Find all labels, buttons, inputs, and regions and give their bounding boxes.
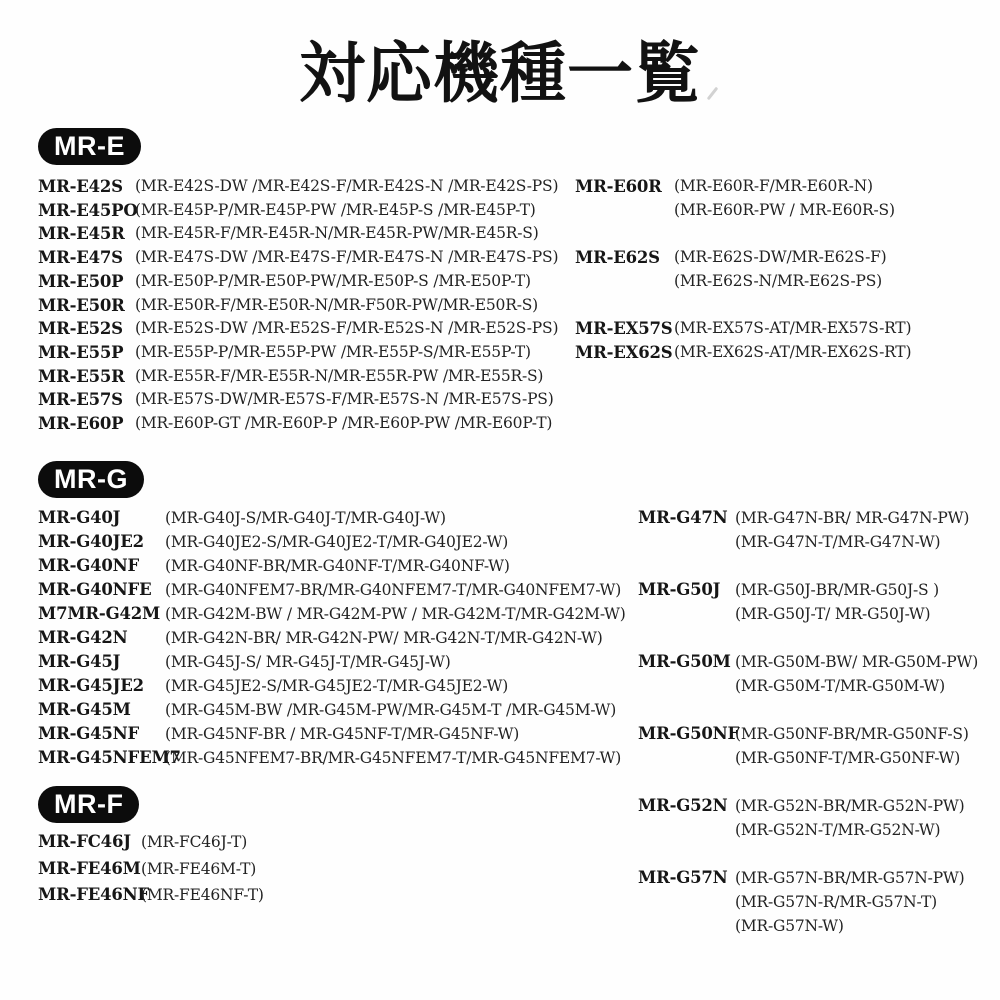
- variant-line: (MR-E45R-F/MR-E45R-N/MR-E45R-PW/MR-E45R-…: [135, 222, 539, 246]
- model-variants: (MR-FE46M-T): [141, 856, 256, 883]
- variant-line: (MR-G52N-T/MR-G52N-W): [735, 818, 965, 842]
- model-entry: MR-E50R(MR-E50R-F/MR-E50R-N/MR-F50R-PW/M…: [38, 294, 558, 318]
- variant-line: (MR-E55R-F/MR-E55R-N/MR-E55R-PW /MR-E55R…: [135, 365, 543, 389]
- variant-line: (MR-FE46NF-T): [141, 882, 264, 909]
- variant-line: (MR-E42S-DW /MR-E42S-F/MR-E42S-N /MR-E42…: [135, 175, 558, 199]
- model-variants: (MR-E50R-F/MR-E50R-N/MR-F50R-PW/MR-E50R-…: [135, 294, 538, 318]
- model-entry: MR-E55P(MR-E55P-P/MR-E55P-PW /MR-E55P-S/…: [38, 341, 558, 365]
- model-entry: MR-E62S(MR-E62S-DW/MR-E62S-F)(MR-E62S-N/…: [575, 246, 911, 293]
- model-name: MR-G40JE2: [38, 530, 165, 554]
- section-badge-mr-e: MR-E: [38, 128, 141, 165]
- model-variants: (MR-E55R-F/MR-E55R-N/MR-E55R-PW /MR-E55R…: [135, 365, 543, 389]
- variant-line: (MR-G40JE2-S/MR-G40JE2-T/MR-G40JE2-W): [165, 530, 508, 554]
- model-variants: (MR-E55P-P/MR-E55P-PW /MR-E55P-S/MR-E55P…: [135, 341, 531, 365]
- variant-line: (MR-G57N-R/MR-G57N-T): [735, 890, 965, 914]
- variant-line: (MR-E50R-F/MR-E50R-N/MR-F50R-PW/MR-E50R-…: [135, 294, 538, 318]
- variant-line: (MR-E60R-PW / MR-E60R-S): [674, 199, 895, 223]
- variant-line: (MR-E62S-N/MR-E62S-PS): [674, 270, 887, 294]
- model-entry: MR-FE46NF(MR-FE46NF-T): [38, 882, 264, 909]
- variant-line: (MR-G42M-BW / MR-G42M-PW / MR-G42M-T/MR-…: [165, 602, 626, 626]
- model-entry: MR-G47N(MR-G47N-BR/ MR-G47N-PW)(MR-G47N-…: [638, 506, 978, 554]
- model-variants: (MR-G52N-BR/MR-G52N-PW)(MR-G52N-T/MR-G52…: [735, 794, 965, 842]
- variant-line: (MR-G47N-BR/ MR-G47N-PW): [735, 506, 969, 530]
- variant-line: (MR-E52S-DW /MR-E52S-F/MR-E52S-N /MR-E52…: [135, 317, 558, 341]
- model-entry: MR-E45PO(MR-E45P-P/MR-E45P-PW /MR-E45P-S…: [38, 199, 558, 223]
- model-entry: MR-E57S(MR-E57S-DW/MR-E57S-F/MR-E57S-N /…: [38, 388, 558, 412]
- model-name: MR-FE46NF: [38, 882, 141, 909]
- model-name: MR-E42S: [38, 175, 135, 199]
- model-variants: (MR-E42S-DW /MR-E42S-F/MR-E42S-N /MR-E42…: [135, 175, 558, 199]
- model-entry: MR-FC46J(MR-FC46J-T): [38, 829, 264, 856]
- model-entry: MR-E55R(MR-E55R-F/MR-E55R-N/MR-E55R-PW /…: [38, 365, 558, 389]
- model-variants: (MR-G45NFEM7-BR/MR-G45NFEM7-T/MR-G45NFEM…: [165, 746, 621, 770]
- model-name: MR-E60P: [38, 412, 135, 436]
- model-name: MR-E55R: [38, 365, 135, 389]
- model-name: MR-G45NF: [38, 722, 165, 746]
- model-variants: (MR-G45M-BW /MR-G45M-PW/MR-G45M-T /MR-G4…: [165, 698, 616, 722]
- model-entry: MR-G52N(MR-G52N-BR/MR-G52N-PW)(MR-G52N-T…: [638, 794, 978, 842]
- variant-line: (MR-G57N-W): [735, 914, 965, 938]
- variant-line: (MR-G45JE2-S/MR-G45JE2-T/MR-G45JE2-W): [165, 674, 508, 698]
- model-variants: (MR-E60P-GT /MR-E60P-P /MR-E60P-PW /MR-E…: [135, 412, 552, 436]
- model-name: MR-E57S: [38, 388, 135, 412]
- model-variants: (MR-G42N-BR/ MR-G42N-PW/ MR-G42N-T/MR-G4…: [165, 626, 603, 650]
- model-entry: MR-EX57S(MR-EX57S-AT/MR-EX57S-RT): [575, 317, 911, 341]
- variant-line: (MR-E57S-DW/MR-E57S-F/MR-E57S-N /MR-E57S…: [135, 388, 554, 412]
- model-entry: MR-G40NF(MR-G40NF-BR/MR-G40NF-T/MR-G40NF…: [38, 554, 626, 578]
- variant-line: (MR-G57N-BR/MR-G57N-PW): [735, 866, 965, 890]
- mr-e-right-column: MR-E60R(MR-E60R-F/MR-E60R-N)(MR-E60R-PW …: [575, 175, 911, 365]
- variant-line: (MR-FE46M-T): [141, 856, 256, 883]
- model-name: MR-G50J: [638, 578, 735, 602]
- model-variants: (MR-G45J-S/ MR-G45J-T/MR-G45J-W): [165, 650, 451, 674]
- model-entry: MR-E60R(MR-E60R-F/MR-E60R-N)(MR-E60R-PW …: [575, 175, 911, 222]
- model-entry: MR-G50M(MR-G50M-BW/ MR-G50M-PW)(MR-G50M-…: [638, 650, 978, 698]
- model-variants: (MR-G45JE2-S/MR-G45JE2-T/MR-G45JE2-W): [165, 674, 508, 698]
- mr-g-right-column: MR-G47N(MR-G47N-BR/ MR-G47N-PW)(MR-G47N-…: [638, 506, 978, 962]
- model-name: MR-G45M: [38, 698, 165, 722]
- model-entry: M7MR-G42M(MR-G42M-BW / MR-G42M-PW / MR-G…: [38, 602, 626, 626]
- model-variants: (MR-E60R-F/MR-E60R-N)(MR-E60R-PW / MR-E6…: [674, 175, 895, 222]
- model-entry: MR-E42S(MR-E42S-DW /MR-E42S-F/MR-E42S-N …: [38, 175, 558, 199]
- variant-line: (MR-G45NF-BR / MR-G45NF-T/MR-G45NF-W): [165, 722, 519, 746]
- model-name: MR-G45J: [38, 650, 165, 674]
- variant-line: (MR-G40NF-BR/MR-G40NF-T/MR-G40NF-W): [165, 554, 510, 578]
- model-name: MR-G40NFE: [38, 578, 165, 602]
- variant-line: (MR-EX57S-AT/MR-EX57S-RT): [674, 317, 911, 341]
- model-entry: MR-G40NFE(MR-G40NFEM7-BR/MR-G40NFEM7-T/M…: [38, 578, 626, 602]
- compatibility-list-page: 対応機種一覧 MR-E MR-E42S(MR-E42S-DW /MR-E42S-…: [0, 0, 1000, 1000]
- variant-line: (MR-G47N-T/MR-G47N-W): [735, 530, 969, 554]
- model-name: M7MR-G42M: [38, 602, 165, 626]
- model-variants: (MR-E50P-P/MR-E50P-PW/MR-E50P-S /MR-E50P…: [135, 270, 531, 294]
- variant-line: (MR-G50NF-T/MR-G50NF-W): [735, 746, 969, 770]
- model-variants: (MR-E57S-DW/MR-E57S-F/MR-E57S-N /MR-E57S…: [135, 388, 554, 412]
- variant-line: (MR-G50J-T/ MR-G50J-W): [735, 602, 939, 626]
- model-name: MR-G47N: [638, 506, 735, 530]
- model-name: MR-G40J: [38, 506, 165, 530]
- variant-line: (MR-G50M-BW/ MR-G50M-PW): [735, 650, 978, 674]
- variant-line: (MR-G50M-T/MR-G50M-W): [735, 674, 978, 698]
- model-variants: (MR-G45NF-BR / MR-G45NF-T/MR-G45NF-W): [165, 722, 519, 746]
- model-entry: MR-G45NFEM7(MR-G45NFEM7-BR/MR-G45NFEM7-T…: [38, 746, 626, 770]
- variant-line: (MR-E55P-P/MR-E55P-PW /MR-E55P-S/MR-E55P…: [135, 341, 531, 365]
- model-variants: (MR-G40NFEM7-BR/MR-G40NFEM7-T/MR-G40NFEM…: [165, 578, 621, 602]
- variant-line: (MR-E60P-GT /MR-E60P-P /MR-E60P-PW /MR-E…: [135, 412, 552, 436]
- model-name: MR-G52N: [638, 794, 735, 818]
- model-variants: (MR-G40NF-BR/MR-G40NF-T/MR-G40NF-W): [165, 554, 510, 578]
- model-variants: (MR-E45R-F/MR-E45R-N/MR-E45R-PW/MR-E45R-…: [135, 222, 539, 246]
- model-name: MR-G40NF: [38, 554, 165, 578]
- model-name: MR-G42N: [38, 626, 165, 650]
- model-name: MR-FC46J: [38, 829, 141, 856]
- variant-line: (MR-G45J-S/ MR-G45J-T/MR-G45J-W): [165, 650, 451, 674]
- model-name: MR-E60R: [575, 175, 674, 199]
- model-name: MR-E50R: [38, 294, 135, 318]
- model-name: MR-E45R: [38, 222, 135, 246]
- model-name: MR-E50P: [38, 270, 135, 294]
- model-entry: MR-E52S(MR-E52S-DW /MR-E52S-F/MR-E52S-N …: [38, 317, 558, 341]
- variant-line: (MR-G50J-BR/MR-G50J-S ): [735, 578, 939, 602]
- model-name: MR-E55P: [38, 341, 135, 365]
- model-variants: (MR-E62S-DW/MR-E62S-F)(MR-E62S-N/MR-E62S…: [674, 246, 887, 293]
- variant-line: (MR-G50NF-BR/MR-G50NF-S): [735, 722, 969, 746]
- model-entry: MR-G45NF(MR-G45NF-BR / MR-G45NF-T/MR-G45…: [38, 722, 626, 746]
- model-variants: (MR-G50M-BW/ MR-G50M-PW)(MR-G50M-T/MR-G5…: [735, 650, 978, 698]
- model-variants: (MR-G40J-S/MR-G40J-T/MR-G40J-W): [165, 506, 446, 530]
- model-name: MR-E47S: [38, 246, 135, 270]
- model-entry: MR-E60P(MR-E60P-GT /MR-E60P-P /MR-E60P-P…: [38, 412, 558, 436]
- variant-line: (MR-E62S-DW/MR-E62S-F): [674, 246, 887, 270]
- model-entry: MR-G50NF(MR-G50NF-BR/MR-G50NF-S)(MR-G50N…: [638, 722, 978, 770]
- model-variants: (MR-G42M-BW / MR-G42M-PW / MR-G42M-T/MR-…: [165, 602, 626, 626]
- variant-line: (MR-G52N-BR/MR-G52N-PW): [735, 794, 965, 818]
- model-name: MR-FE46M: [38, 856, 141, 883]
- model-name: MR-G50NF: [638, 722, 735, 746]
- model-name: MR-E52S: [38, 317, 135, 341]
- section-badge-mr-g: MR-G: [38, 461, 144, 498]
- model-entry: MR-G45J(MR-G45J-S/ MR-G45J-T/MR-G45J-W): [38, 650, 626, 674]
- mr-g-left-column: MR-G40J(MR-G40J-S/MR-G40J-T/MR-G40J-W)MR…: [38, 506, 626, 770]
- variant-line: (MR-G42N-BR/ MR-G42N-PW/ MR-G42N-T/MR-G4…: [165, 626, 603, 650]
- model-entry: MR-E45R(MR-E45R-F/MR-E45R-N/MR-E45R-PW/M…: [38, 222, 558, 246]
- variant-line: (MR-G45M-BW /MR-G45M-PW/MR-G45M-T /MR-G4…: [165, 698, 616, 722]
- model-entry: MR-G45M(MR-G45M-BW /MR-G45M-PW/MR-G45M-T…: [38, 698, 626, 722]
- model-variants: (MR-EX57S-AT/MR-EX57S-RT): [674, 317, 911, 341]
- model-entry: MR-G50J(MR-G50J-BR/MR-G50J-S )(MR-G50J-T…: [638, 578, 978, 626]
- model-entry: MR-G42N(MR-G42N-BR/ MR-G42N-PW/ MR-G42N-…: [38, 626, 626, 650]
- model-entry: MR-G40JE2(MR-G40JE2-S/MR-G40JE2-T/MR-G40…: [38, 530, 626, 554]
- model-variants: (MR-G50NF-BR/MR-G50NF-S)(MR-G50NF-T/MR-G…: [735, 722, 969, 770]
- variant-line: (MR-E47S-DW /MR-E47S-F/MR-E47S-N /MR-E47…: [135, 246, 558, 270]
- model-variants: (MR-E47S-DW /MR-E47S-F/MR-E47S-N /MR-E47…: [135, 246, 558, 270]
- variant-line: (MR-E60R-F/MR-E60R-N): [674, 175, 895, 199]
- mr-f-left-column: MR-FC46J(MR-FC46J-T)MR-FE46M(MR-FE46M-T)…: [38, 829, 264, 909]
- variant-line: (MR-E45P-P/MR-E45P-PW /MR-E45P-S /MR-E45…: [135, 199, 536, 223]
- model-variants: (MR-G50J-BR/MR-G50J-S )(MR-G50J-T/ MR-G5…: [735, 578, 939, 626]
- variant-line: (MR-EX62S-AT/MR-EX62S-RT): [674, 341, 911, 365]
- model-name: MR-E62S: [575, 246, 674, 270]
- variant-line: (MR-G40J-S/MR-G40J-T/MR-G40J-W): [165, 506, 446, 530]
- model-variants: (MR-G47N-BR/ MR-G47N-PW)(MR-G47N-T/MR-G4…: [735, 506, 969, 554]
- model-name: MR-G50M: [638, 650, 735, 674]
- model-entry: MR-G45JE2(MR-G45JE2-S/MR-G45JE2-T/MR-G45…: [38, 674, 626, 698]
- model-name: MR-EX57S: [575, 317, 674, 341]
- model-entry: MR-EX62S(MR-EX62S-AT/MR-EX62S-RT): [575, 341, 911, 365]
- model-entry: MR-FE46M(MR-FE46M-T): [38, 856, 264, 883]
- variant-line: (MR-FC46J-T): [141, 829, 247, 856]
- variant-line: (MR-G45NFEM7-BR/MR-G45NFEM7-T/MR-G45NFEM…: [165, 746, 621, 770]
- model-variants: (MR-G40JE2-S/MR-G40JE2-T/MR-G40JE2-W): [165, 530, 508, 554]
- model-entry: MR-G40J(MR-G40J-S/MR-G40J-T/MR-G40J-W): [38, 506, 626, 530]
- model-name: MR-G57N: [638, 866, 735, 890]
- model-variants: (MR-EX62S-AT/MR-EX62S-RT): [674, 341, 911, 365]
- model-variants: (MR-FC46J-T): [141, 829, 247, 856]
- model-name: MR-G45NFEM7: [38, 746, 165, 770]
- variant-line: (MR-G40NFEM7-BR/MR-G40NFEM7-T/MR-G40NFEM…: [165, 578, 621, 602]
- model-variants: (MR-E52S-DW /MR-E52S-F/MR-E52S-N /MR-E52…: [135, 317, 558, 341]
- model-variants: (MR-G57N-BR/MR-G57N-PW)(MR-G57N-R/MR-G57…: [735, 866, 965, 938]
- model-entry: MR-G57N(MR-G57N-BR/MR-G57N-PW)(MR-G57N-R…: [638, 866, 978, 938]
- model-variants: (MR-FE46NF-T): [141, 882, 264, 909]
- model-variants: (MR-E45P-P/MR-E45P-PW /MR-E45P-S /MR-E45…: [135, 199, 536, 223]
- model-name: MR-G45JE2: [38, 674, 165, 698]
- page-title: 対応機種一覧: [0, 20, 1000, 115]
- mr-e-left-column: MR-E42S(MR-E42S-DW /MR-E42S-F/MR-E42S-N …: [38, 175, 558, 436]
- model-name: MR-E45PO: [38, 199, 135, 223]
- section-badge-mr-f: MR-F: [38, 786, 139, 823]
- model-entry: MR-E47S(MR-E47S-DW /MR-E47S-F/MR-E47S-N …: [38, 246, 558, 270]
- model-name: MR-EX62S: [575, 341, 674, 365]
- variant-line: (MR-E50P-P/MR-E50P-PW/MR-E50P-S /MR-E50P…: [135, 270, 531, 294]
- model-entry: MR-E50P(MR-E50P-P/MR-E50P-PW/MR-E50P-S /…: [38, 270, 558, 294]
